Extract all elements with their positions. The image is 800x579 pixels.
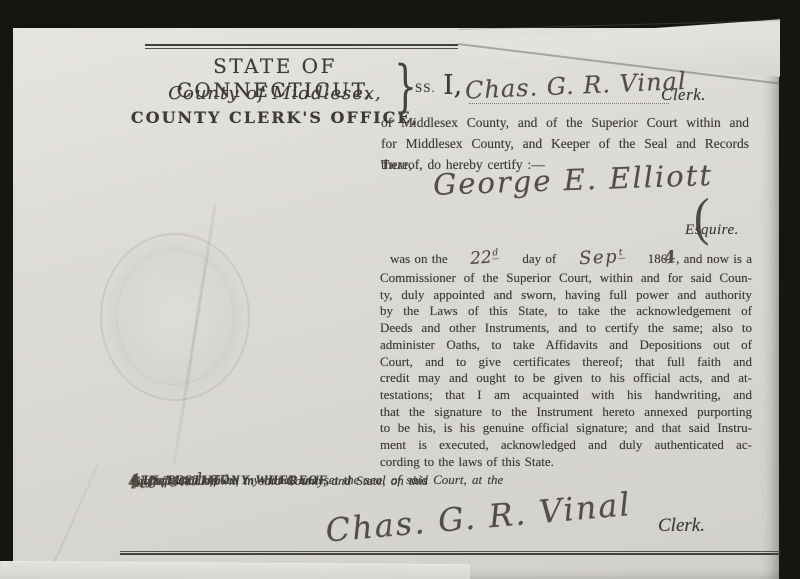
commission-line: credit may and ought to be given to his … — [380, 370, 752, 387]
year-group: 1864, and now is a — [648, 250, 752, 268]
under-sheet-edge — [0, 561, 470, 579]
embossed-seal — [100, 233, 250, 401]
brace-glyph: } — [394, 56, 417, 120]
commission-line: ty, duly appointed and sworn, having ful… — [380, 287, 752, 304]
commission-line: Court, and to give certificates thereof;… — [380, 354, 752, 371]
dotted-baseline — [469, 103, 669, 104]
commission-line-last: cording to the laws of this State. — [380, 454, 752, 471]
certify-paragraph: of Middlesex County, and of the Superior… — [381, 112, 749, 154]
embossed-seal-inner-ring — [116, 249, 234, 385]
that-label: That, — [381, 154, 413, 175]
day-handwriting: 22d — [470, 245, 501, 267]
commission-line: that the signature to the Instrument her… — [380, 404, 752, 421]
commission-line: by the Laws of this State, to take the a… — [380, 303, 752, 320]
paper-crease-small — [49, 463, 100, 573]
certificate-paper: STATE OF CONNECTICUT, County of Middlese… — [13, 28, 779, 579]
footer-rule — [120, 551, 780, 555]
i-label: I, — [443, 70, 462, 101]
commission-line: ment is executed, acknowledged and duly … — [380, 437, 752, 454]
commission-line: to be his, is his genuine official signa… — [380, 420, 752, 437]
commission-paragraph: was on the 22d day of Sept 1864, and now… — [380, 246, 752, 470]
certify-line: for Middlesex County, and Keeper of the … — [381, 133, 749, 154]
document-scan: STATE OF CONNECTICUT, County of Middlese… — [0, 0, 800, 579]
commission-line: administer Oaths, to take Affidavits and… — [380, 337, 752, 354]
commission-date-line: was on the 22d day of Sept 1864, and now… — [380, 246, 752, 268]
commission-line: testations; that I am acquainted with hi… — [380, 387, 752, 404]
commission-lines: Commissioner of the Superior Court, with… — [380, 270, 752, 470]
ss-label: SS. — [415, 80, 436, 96]
testimony-paragraph: IN TESTIMONY WHEREOF, I hereunto affixed… — [131, 469, 747, 470]
certify-line: of Middlesex County, and of the Superior… — [381, 112, 749, 133]
county-heading: County of Middlesex, — [115, 83, 435, 104]
month-handwriting: Sept — [578, 245, 625, 268]
esquire-label: Esquire. — [685, 222, 739, 239]
clerk-signature-handwriting-top: Chas. G. R. Vinal — [464, 67, 675, 104]
commission-line: Commissioner of the Superior Court, with… — [380, 270, 752, 287]
commission-line: Deeds and other Instruments, and to cert… — [380, 320, 752, 337]
clerk-title-top: Clerk. — [661, 85, 706, 105]
clerk-title-bottom: Clerk. — [658, 515, 705, 537]
